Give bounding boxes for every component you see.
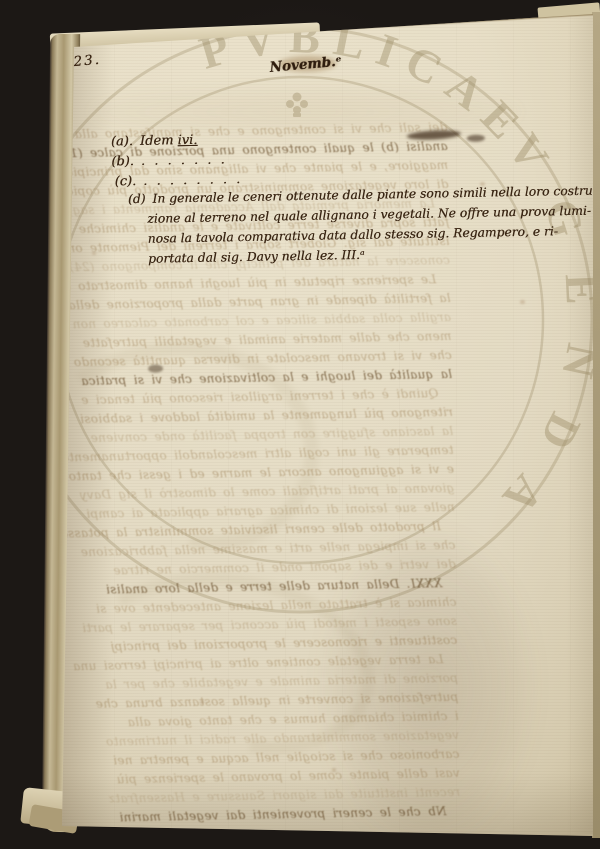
note-line-d-2: zione al terreno nel quale allignano i v… [147, 204, 591, 226]
note-b-dots: . . . . . . . [141, 152, 227, 169]
folio-number: 23. [73, 52, 102, 70]
note-a-label: (a). [111, 134, 133, 149]
page-stack-right-edge [592, 12, 600, 838]
scanned-manuscript-view: { "manuscript": { "folio_number": "23.",… [0, 0, 600, 849]
manuscript-page: PVBLICAE VGENDA dei sali che vi si conte… [0, 0, 600, 849]
ink-smudge [148, 365, 163, 373]
ink-layer: 23. Novemb.ᵉ (a).Idem ivi. (b).. . . . .… [0, 0, 600, 849]
note-a-text: Idem [140, 133, 174, 149]
ink-smudge [467, 135, 485, 142]
note-line-c: (c).. . . . . . . . [114, 172, 242, 189]
note-line-a: (a).Idem ivi. [111, 133, 198, 150]
ink-smudge [407, 129, 461, 141]
note-line-b: (b).. . . . . . . [111, 152, 227, 169]
note-line-d-4: portata dal sig. Davy nella lez. III.ᵃ [148, 248, 365, 266]
note-line-d-3: nosa la tavola comparativa data dallo st… [148, 224, 558, 246]
header-inscription: Novemb.ᵉ [269, 54, 342, 76]
note-c-label: (c). [114, 174, 136, 189]
note-a-underlined-word: ivi. [177, 133, 197, 148]
note-b-label: (b). [111, 154, 134, 169]
note-c-dots: . . . . . . . . [143, 172, 243, 189]
note-d-label: (d) [128, 192, 146, 206]
